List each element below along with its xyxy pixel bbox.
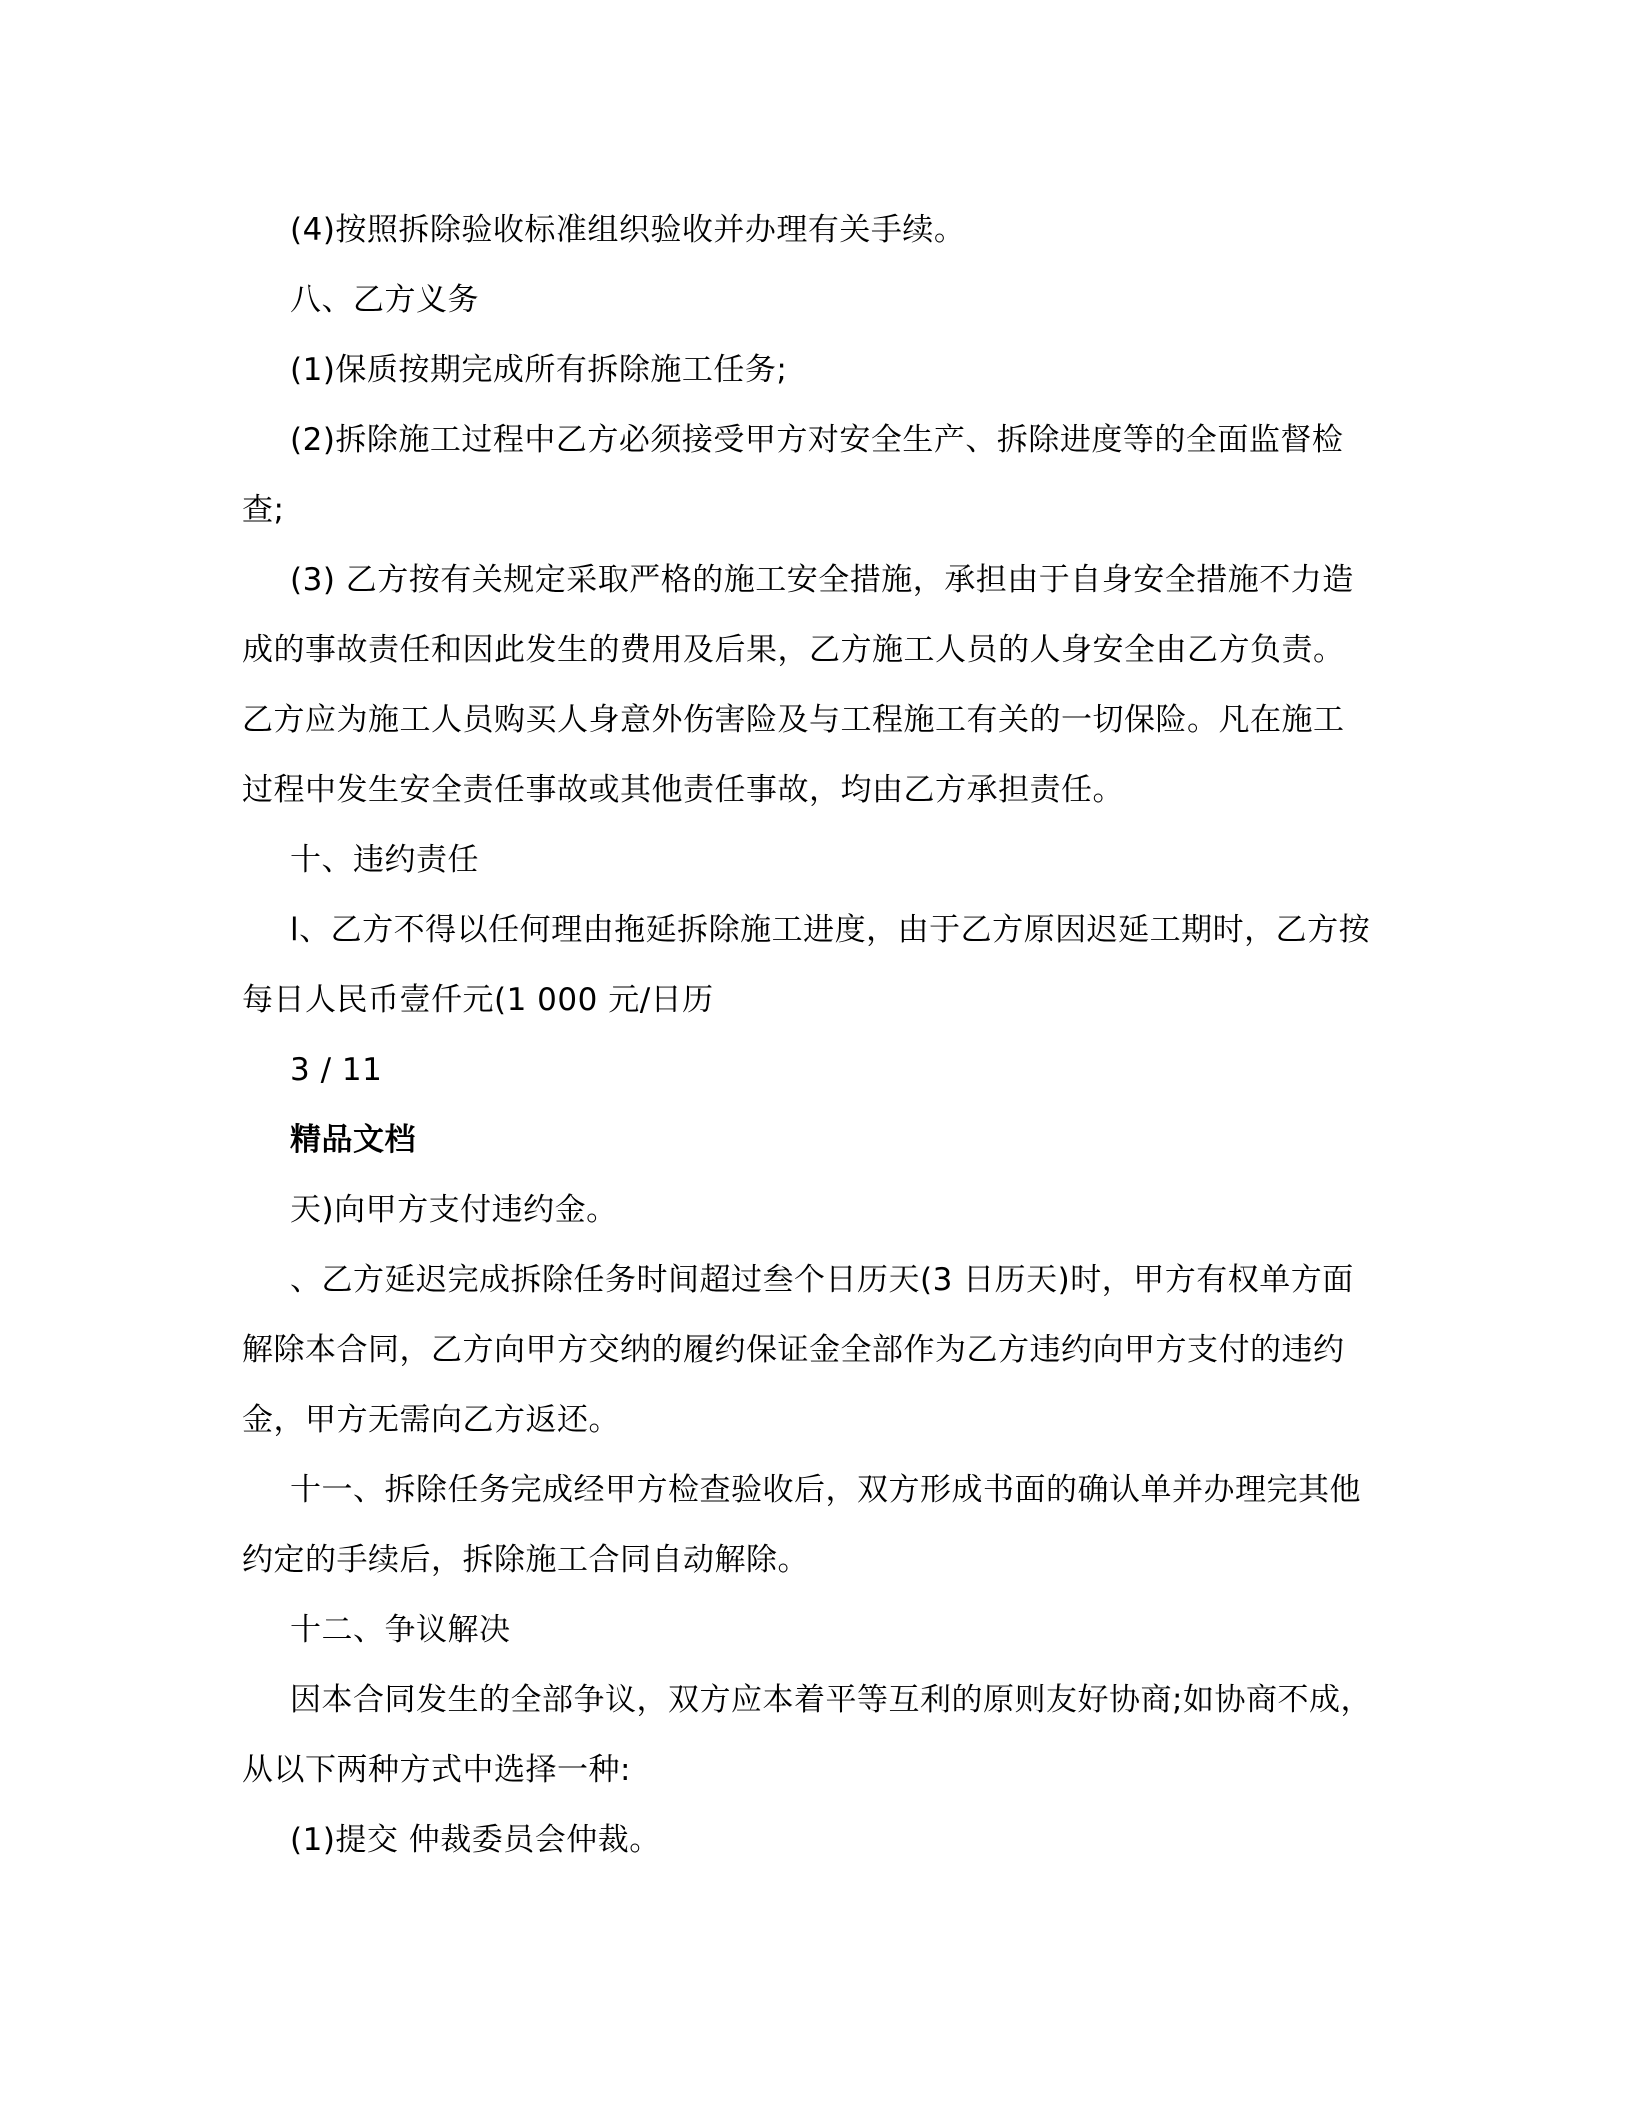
breach-clause-1-line-1: l、乙方不得以任何理由拖延拆除施工进度，由于乙方原因迟延工期时，乙方按 [242, 895, 1512, 965]
section-11-line-1: 十一、拆除任务完成经甲方检查验收后，双方形成书面的确认单并办理完其他 [242, 1455, 1512, 1525]
section-8-heading: 八、乙方义务 [242, 265, 1512, 335]
breach-clause-2-line-1: 、乙方延迟完成拆除任务时间超过叁个日历天(3 日历天)时，甲方有权单方面 [242, 1245, 1512, 1315]
breach-clause-2-line-3: 金，甲方无需向乙方返还。 [242, 1385, 1512, 1455]
page-header: 精品文档 [242, 1105, 1512, 1175]
dispute-clause-line-2: 从以下两种方式中选择一种: [242, 1735, 1512, 1805]
breach-clause-1-line-2: 每日人民币壹仟元(1 000 元/日历 [242, 965, 1512, 1035]
obligation-3-line-4: 过程中发生安全责任事故或其他责任事故，均由乙方承担责任。 [242, 755, 1512, 825]
section-12-heading: 十二、争议解决 [242, 1595, 1512, 1665]
clause-4-acceptance-line: (4)按照拆除验收标准组织验收并办理有关手续。 [242, 195, 1512, 265]
page-number: 3 / 11 [242, 1035, 1512, 1105]
obligation-2-line-2: 查; [242, 475, 1512, 545]
breach-clause-1-line-3: 天)向甲方支付违约金。 [242, 1175, 1512, 1245]
obligation-2-line-1: (2)拆除施工过程中乙方必须接受甲方对安全生产、拆除进度等的全面监督检 [242, 405, 1512, 475]
obligation-3-line-2: 成的事故责任和因此发生的费用及后果，乙方施工人员的人身安全由乙方负责。 [242, 615, 1512, 685]
section-10-heading: 十、违约责任 [242, 825, 1512, 895]
contract-text-block: (4)按照拆除验收标准组织验收并办理有关手续。 八、乙方义务 (1)保质按期完成… [242, 195, 1512, 1875]
obligation-3-line-1: (3) 乙方按有关规定采取严格的施工安全措施，承担由于自身安全措施不力造 [242, 545, 1512, 615]
arbitration-option-line: (1)提交 仲裁委员会仲裁。 [242, 1805, 1512, 1875]
obligation-3-line-3: 乙方应为施工人员购买人身意外伤害险及与工程施工有关的一切保险。凡在施工 [242, 685, 1512, 755]
section-11-line-2: 约定的手续后，拆除施工合同自动解除。 [242, 1525, 1512, 1595]
dispute-clause-line-1: 因本合同发生的全部争议，双方应本着平等互利的原则友好协商;如协商不成， [242, 1665, 1512, 1735]
document-page: (4)按照拆除验收标准组织验收并办理有关手续。 八、乙方义务 (1)保质按期完成… [0, 0, 1632, 2112]
breach-clause-2-line-2: 解除本合同，乙方向甲方交纳的履约保证金全部作为乙方违约向甲方支付的违约 [242, 1315, 1512, 1385]
obligation-1-line: (1)保质按期完成所有拆除施工任务; [242, 335, 1512, 405]
